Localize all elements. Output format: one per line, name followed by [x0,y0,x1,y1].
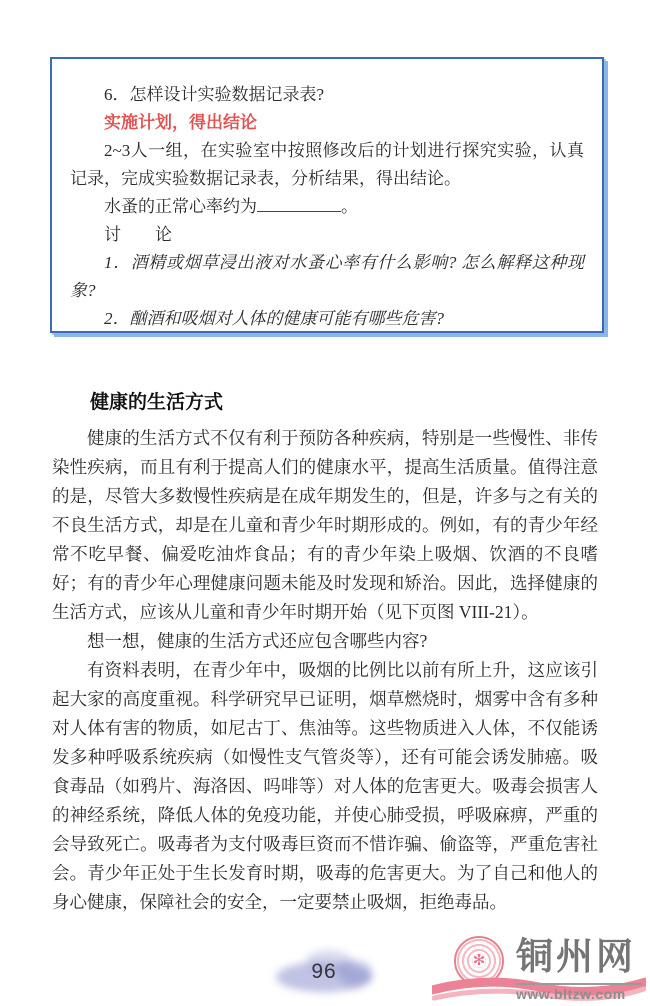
discussion-title: 讨 论 [70,221,584,249]
heart-rate-line: 水蚤的正常心率约为。 [70,193,584,221]
flower-icon: ✻ [473,954,486,969]
section-heading: 健康的生活方式 [52,388,598,417]
activity-box: 6．怎样设计实验数据记录表? 实施计划，得出结论 2~3人一组，在实验室中按照修… [50,57,604,333]
fill-in-blank-line [257,195,341,212]
body-paragraph-3: 有资料表明，在青少年中，吸烟的比例比以前有所上升，这应该引起大家的高度重视。科学… [52,656,598,917]
discussion-question-1: 1．酒精或烟草浸出液对水蚤心率有什么影响? 怎么解释这种现象? [70,249,584,305]
page-number-area: 96 [272,948,376,996]
body-paragraph-1: 健康的生活方式不仅有利于预防各种疾病，特别是一些慢性、非传染性疾病，而且有利于提… [52,424,598,627]
textbook-page: 6．怎样设计实验数据记录表? 实施计划，得出结论 2~3人一组，在实验室中按照修… [0,0,650,1006]
plan-conclusion-heading: 实施计划，得出结论 [70,109,584,137]
activity-instructions: 2~3人一组，在实验室中按照修改后的计划进行探究实验，认真记录，完成实验数据记录… [70,137,584,193]
activity-question-6: 6．怎样设计实验数据记录表? [70,81,584,109]
watermark: ✻ 铜州网 www.bltzw.com [432,932,646,1002]
watermark-site-url: www.bltzw.com [516,986,646,1002]
discussion-question-2: 2．酗酒和吸烟对人体的健康可能有哪些危害? [70,305,584,333]
watermark-site-name: 铜州网 [516,936,642,980]
body-paragraph-2: 想一想，健康的生活方式还应包含哪些内容? [52,627,598,656]
main-text-section: 健康的生活方式 健康的生活方式不仅有利于预防各种疾病，特别是一些慢性、非传染性疾… [52,388,598,917]
heart-rate-prefix: 水蚤的正常心率约为 [104,197,257,216]
page-number: 96 [272,960,376,984]
heart-rate-suffix: 。 [341,197,358,216]
watermark-divider [516,983,642,985]
